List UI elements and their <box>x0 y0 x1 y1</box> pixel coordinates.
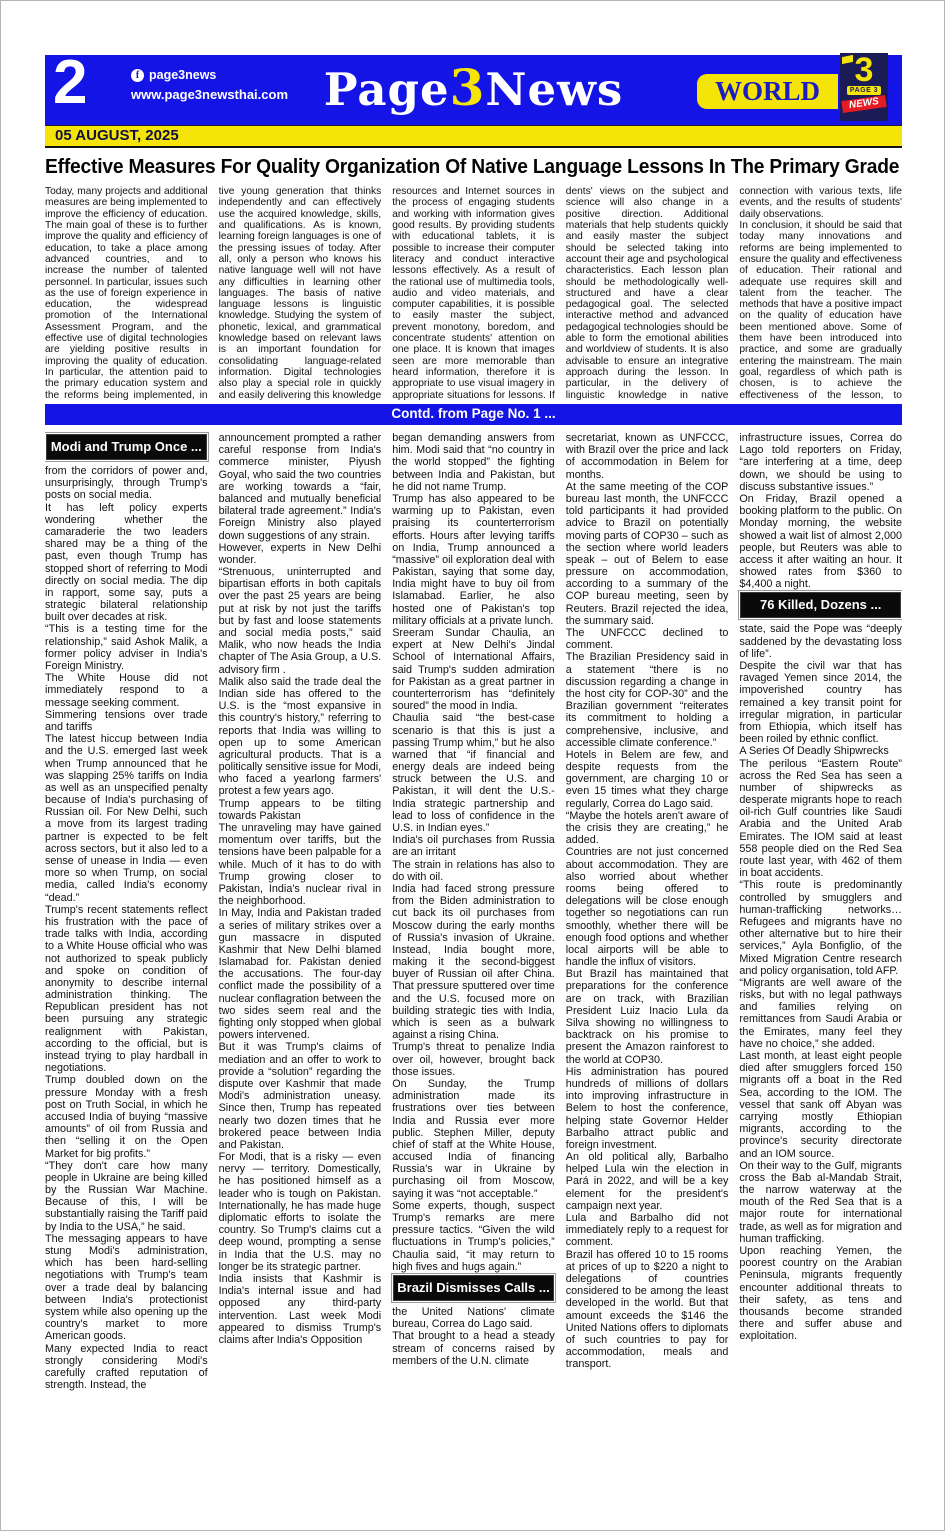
page3news-logo: 3 PAGE 3 NEWS <box>840 53 888 121</box>
article-paragraph: But it was Trump's claims of mediation a… <box>219 1041 382 1151</box>
article-paragraph: At the same meeting of the COP bureau la… <box>566 481 729 627</box>
masthead-pre: Page <box>324 63 450 116</box>
lower-column-1: Modi and Trump Once ...from the corridor… <box>45 432 208 1522</box>
article-paragraph: The messaging appears to have stung Modi… <box>45 1233 208 1343</box>
masthead-banner: 2 f page3news www.page3newsthai.com Page… <box>45 55 902 125</box>
article-paragraph: India insists that Kashmir is India's in… <box>219 1273 382 1346</box>
article-paragraph: India had faced strong pressure from the… <box>392 883 555 1041</box>
masthead-digit: 3 <box>450 58 486 117</box>
article-paragraph: India's oil purchases from Russia are an… <box>392 834 555 858</box>
article-paragraph: infrastructure issues, Correa do Lago to… <box>739 432 902 493</box>
article-paragraph: In conclusion, it should be said that to… <box>739 220 902 401</box>
top-article-column-4: dents' views on the subject and science … <box>566 186 729 401</box>
article-paragraph: Chaulia said “the best-case scenario is … <box>392 712 555 834</box>
article-paragraph: Upon reaching Yemen, the poorest country… <box>739 1245 902 1343</box>
article-paragraph: announcement prompted a rather careful r… <box>219 432 382 542</box>
article-paragraph: Trump's recent statements reflect his fr… <box>45 904 208 1075</box>
article-paragraph: Trump's threat to penalize India over oi… <box>392 1041 555 1078</box>
article-paragraph: Trump doubled down on the pressure Monda… <box>45 1074 208 1159</box>
section-header: Brazil Dismisses Calls ... <box>393 1275 554 1301</box>
newspaper-page: 2 f page3news www.page3newsthai.com Page… <box>0 0 945 1531</box>
main-headline: Effective Measures For Quality Organizat… <box>45 156 905 179</box>
article-paragraph: An old political ally, Barbalho helped L… <box>566 1151 729 1212</box>
article-paragraph: The strain in relations has also to do w… <box>392 859 555 883</box>
article-paragraph: Simmering tensions over trade and tariff… <box>45 709 208 733</box>
top-article-column-5: connection with various texts, life even… <box>739 186 902 401</box>
top-article-column-1: Today, many projects and additional meas… <box>45 186 208 401</box>
section-header: 76 Killed, Dozens ... <box>740 592 901 618</box>
article-paragraph: The unraveling may have gained momentum … <box>219 822 382 907</box>
article-paragraph: connection with various texts, life even… <box>739 186 902 220</box>
article-paragraph: It has left policy experts wondering whe… <box>45 502 208 624</box>
article-paragraph: Many expected India to react strongly co… <box>45 1343 208 1392</box>
logo-news-ribbon: NEWS <box>841 95 886 113</box>
article-paragraph: The latest hiccup between India and the … <box>45 733 208 904</box>
article-paragraph: The Brazilian Presidency said in a state… <box>566 651 729 749</box>
article-paragraph: state, said the Pope was “deeply saddene… <box>739 623 902 660</box>
section-label-world: WORLD <box>697 74 838 109</box>
article-paragraph: Trump has also appeared to be warming up… <box>392 493 555 627</box>
article-paragraph: But Brazil has maintained that preparati… <box>566 968 729 1066</box>
article-paragraph: A Series Of Deadly Shipwrecks <box>739 745 902 757</box>
article-paragraph: the United Nations' climate bureau, Corr… <box>392 1306 555 1330</box>
top-article-column-2: tive young generation that thinks indepe… <box>219 186 382 401</box>
article-paragraph: began demanding answers from him. Modi s… <box>392 432 555 493</box>
article-paragraph: Trump appears to be tilting towards Paki… <box>219 798 382 822</box>
article-paragraph: On Friday, Brazil opened a booking platf… <box>739 493 902 591</box>
article-paragraph: Despite the civil war that has ravaged Y… <box>739 660 902 745</box>
article-paragraph: In May, India and Pakistan traded a seri… <box>219 907 382 1041</box>
article-paragraph: Sreeram Sundar Chaulia, an expert at New… <box>392 627 555 712</box>
article-paragraph: “Maybe the hotels aren't aware of the cr… <box>566 810 729 847</box>
article-paragraph: Last month, at least eight people died a… <box>739 1050 902 1160</box>
lower-column-4: secretariat, known as UNFCCC, with Brazi… <box>566 432 729 1522</box>
article-paragraph: That brought to a head a steady stream o… <box>392 1330 555 1367</box>
article-paragraph: Lula and Barbalho did not immediately re… <box>566 1212 729 1249</box>
article-paragraph: “They don't care how many people in Ukra… <box>45 1160 208 1233</box>
article-paragraph: On Sunday, the Trump administration made… <box>392 1078 555 1200</box>
article-paragraph: For Modi, that is a risky — even nervy —… <box>219 1151 382 1273</box>
article-paragraph: resources and Internet sources in the pr… <box>392 186 555 401</box>
lower-column-3: began demanding answers from him. Modi s… <box>392 432 555 1522</box>
article-paragraph: from the corridors of power and, unsurpr… <box>45 465 208 502</box>
top-article-column-3: resources and Internet sources in the pr… <box>392 186 555 401</box>
section-header: Modi and Trump Once ... <box>46 434 207 460</box>
lower-column-5: infrastructure issues, Correa do Lago to… <box>739 432 902 1522</box>
article-paragraph: The perilous “Eastern Route” across the … <box>739 758 902 880</box>
continued-from-bar: Contd. from Page No. 1 ... <box>45 404 902 425</box>
article-paragraph: Hotels in Belem are few, and despite req… <box>566 749 729 810</box>
article-paragraph: tive young generation that thinks indepe… <box>219 186 382 401</box>
article-paragraph: Malik also said the trade deal the India… <box>219 676 382 798</box>
article-paragraph: The White House did not immediately resp… <box>45 672 208 709</box>
lower-column-2: announcement prompted a rather careful r… <box>219 432 382 1522</box>
masthead-post: News <box>485 63 623 116</box>
article-paragraph: “This route is predominantly controlled … <box>739 879 902 977</box>
date-band: 05 AUGUST, 2025 <box>45 125 902 148</box>
logo-3-glyph: 3 <box>855 55 874 85</box>
article-paragraph: “Migrants are well aware of the risks, b… <box>739 977 902 1050</box>
article-paragraph: Countries are not just concerned about a… <box>566 846 729 968</box>
article-paragraph: “Strenuous, uninterrupted and bipartisan… <box>219 566 382 676</box>
article-paragraph: On their way to the Gulf, migrants cross… <box>739 1160 902 1245</box>
article-paragraph: Today, many projects and additional meas… <box>45 186 208 401</box>
lower-columns: Modi and Trump Once ...from the corridor… <box>45 432 902 1522</box>
article-paragraph: “This is a testing time for the relation… <box>45 623 208 672</box>
article-paragraph: secretariat, known as UNFCCC, with Brazi… <box>566 432 729 481</box>
article-paragraph: Brazil has offered 10 to 15 rooms at pri… <box>566 1249 729 1371</box>
article-paragraph: Some experts, though, suspect Trump's re… <box>392 1200 555 1273</box>
article-paragraph: His administration has poured hundreds o… <box>566 1066 729 1151</box>
top-article-columns: Today, many projects and additional meas… <box>45 186 902 401</box>
article-paragraph: dents' views on the subject and science … <box>566 186 729 401</box>
article-paragraph: However, experts in New Delhi wonder. <box>219 542 382 566</box>
article-paragraph: The UNFCCC declined to comment. <box>566 627 729 651</box>
